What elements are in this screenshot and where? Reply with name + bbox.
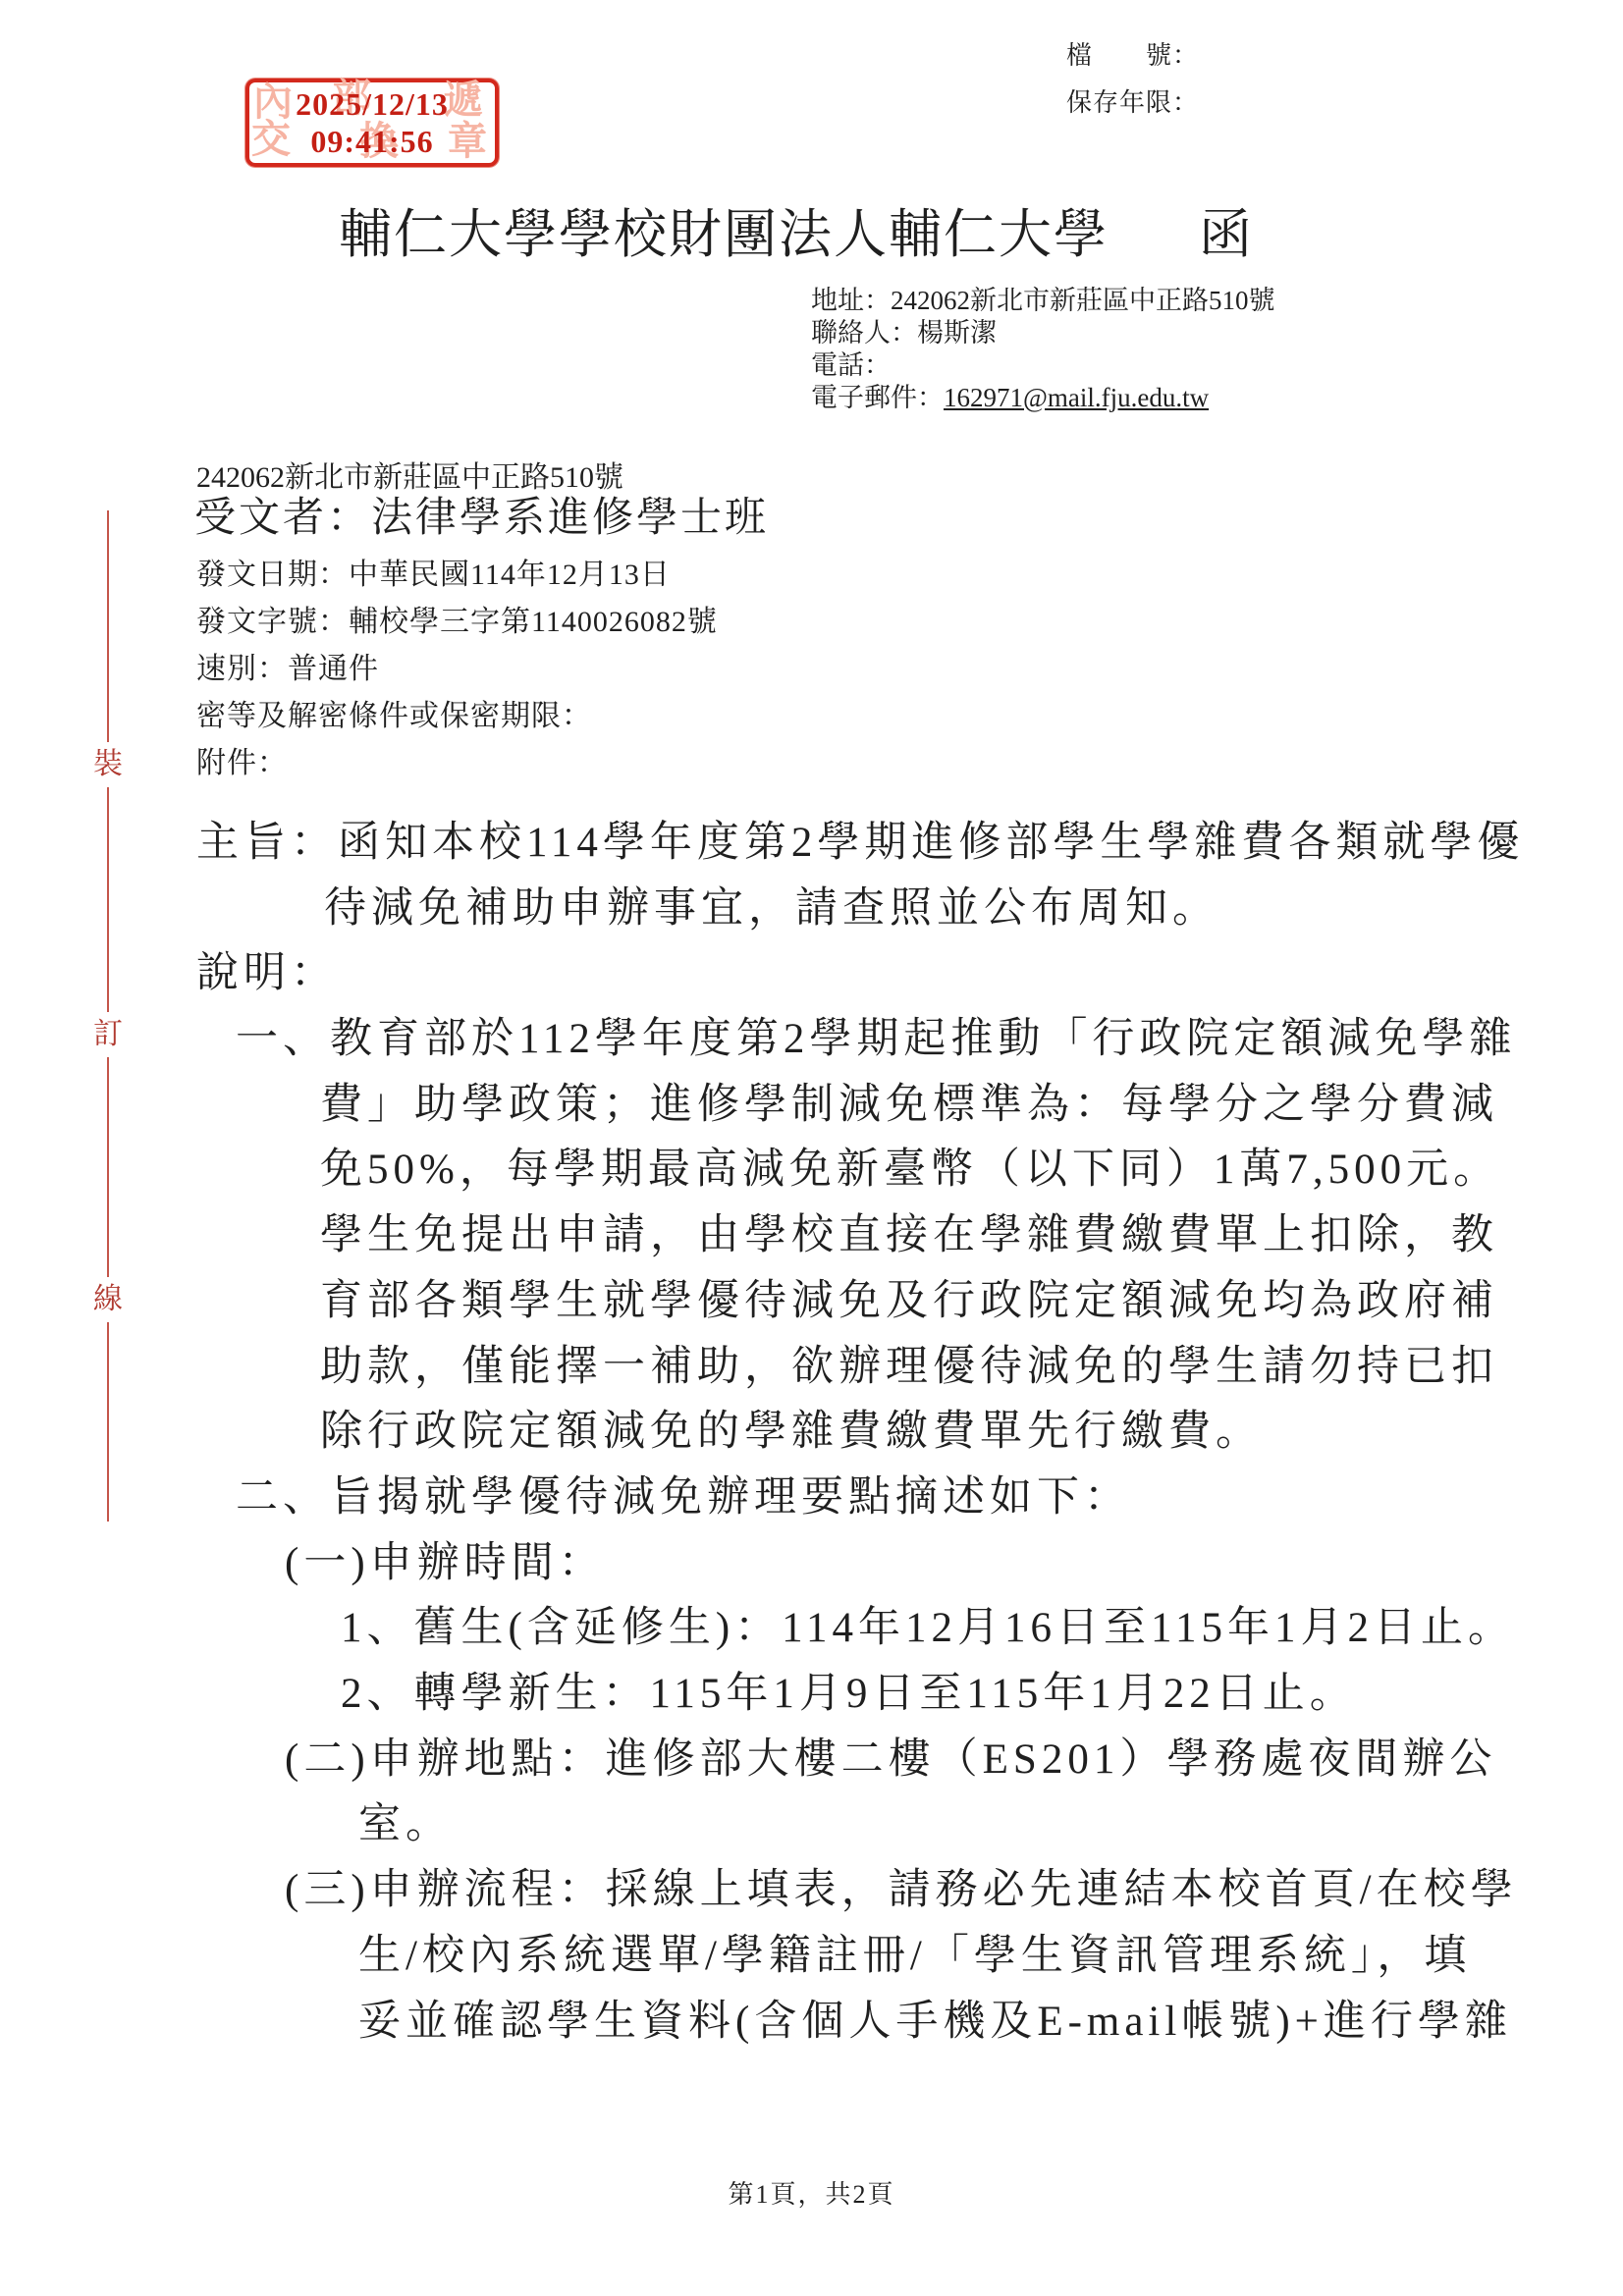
body-line: 一、教育部於112學年度第2學期起推動「行政院定額減免學雜 [236, 1005, 1516, 1065]
body-line: (一)申辦時間： [285, 1529, 606, 1589]
sender-email-label: 電子郵件： [811, 383, 944, 412]
body-line: 1、舊生(含延修生)：114年12月16日至115年1月2日止。 [341, 1594, 1515, 1654]
official-letter-page: 檔 號： 保存年限： 內 部 遞 交 換 章 2025/12/13 09:41:… [0, 0, 1623, 2296]
body-line: 育部各類學生就學優待減免及行政院定額減免均為政府補 [320, 1267, 1498, 1327]
sender-address: 地址：242062新北市新莊區中正路510號 [811, 285, 1275, 317]
body-line: 免50%，每學期最高減免新臺幣（以下同）1萬7,500元。 [320, 1136, 1500, 1196]
body-line: 室。 [358, 1790, 453, 1850]
document-title: 輔仁大學學校財團法人輔仁大學函 [339, 192, 1254, 268]
body-line: 除行政院定額減免的學雜費繳費單先行繳費。 [320, 1398, 1263, 1458]
stamp-date: 2025/12/13 [249, 85, 495, 123]
binding-char-zhuang: 裝 [90, 742, 126, 787]
stamp-time: 09:41:56 [249, 123, 495, 160]
body-line: 待減免補助申辦事宜，請查照並公布周知。 [324, 875, 1219, 934]
sender-email-row: 電子郵件：162971@mail.fju.edu.tw [811, 382, 1209, 414]
binding-char-xian: 線 [90, 1277, 126, 1322]
sender-email-link[interactable]: 162971@mail.fju.edu.tw [944, 383, 1209, 412]
body-line: 妥並確認學生資料(含個人手機及E-mail帳號)+進行學雜 [358, 1988, 1512, 2048]
body-line: 主旨：函知本校114學年度第2學期進修部學生學雜費各類就學優 [196, 809, 1524, 869]
speed-line: 速別：普通件 [196, 644, 379, 687]
retention-period-label: 保存年限： [1066, 82, 1199, 119]
body-line: 助款，僅能擇一補助，欲辦理優待減免的學生請勿持已扣 [320, 1333, 1498, 1393]
sender-phone: 電話： [811, 349, 891, 382]
body-line: (三)申辦流程：採線上填表，請務必先連結本校首頁/在校學 [285, 1856, 1518, 1916]
doc-number-line: 發文字號：輔校學三字第1140026082號 [196, 597, 718, 640]
sender-contact-person: 聯絡人：楊斯潔 [811, 317, 997, 349]
binding-char-ding: 訂 [90, 1012, 126, 1057]
attachment-line: 附件： [196, 738, 288, 781]
date-stamp: 內 部 遞 交 換 章 2025/12/13 09:41:56 [245, 79, 499, 167]
page-indicator: 第1頁，共2頁 [0, 2174, 1623, 2211]
body-line: 學生免提出申請，由學校直接在學雜費繳費單上扣除，教 [320, 1201, 1498, 1261]
body-line: 說明： [196, 939, 338, 999]
body-line: (二)申辦地點：進修部大樓二樓（ES201）學務處夜間辦公 [285, 1726, 1496, 1786]
title-organization: 輔仁大學學校財團法人輔仁大學 [339, 205, 1109, 264]
send-date-line: 發文日期：中華民國114年12月13日 [196, 550, 671, 593]
security-line: 密等及解密條件或保密期限： [196, 691, 592, 734]
body-line: 2、轉學新生：115年1月9日至115年1月22日止。 [341, 1660, 1357, 1720]
body-line: 費」助學政策；進修學制減免標準為：每學分之學分費減 [320, 1071, 1498, 1131]
stamp-datetime: 2025/12/13 09:41:56 [249, 82, 495, 160]
title-doc-type: 函 [1199, 205, 1254, 264]
body-line: 生/校內系統選單/學籍註冊/「學生資訊管理系統」，填 [358, 1922, 1471, 1982]
body-line: 二、旨揭就學優待減免辦理要點摘述如下： [236, 1464, 1131, 1523]
recipient-line: 受文者：法律學系進修學士班 [194, 485, 769, 544]
file-number-label: 檔 號： [1066, 35, 1199, 72]
